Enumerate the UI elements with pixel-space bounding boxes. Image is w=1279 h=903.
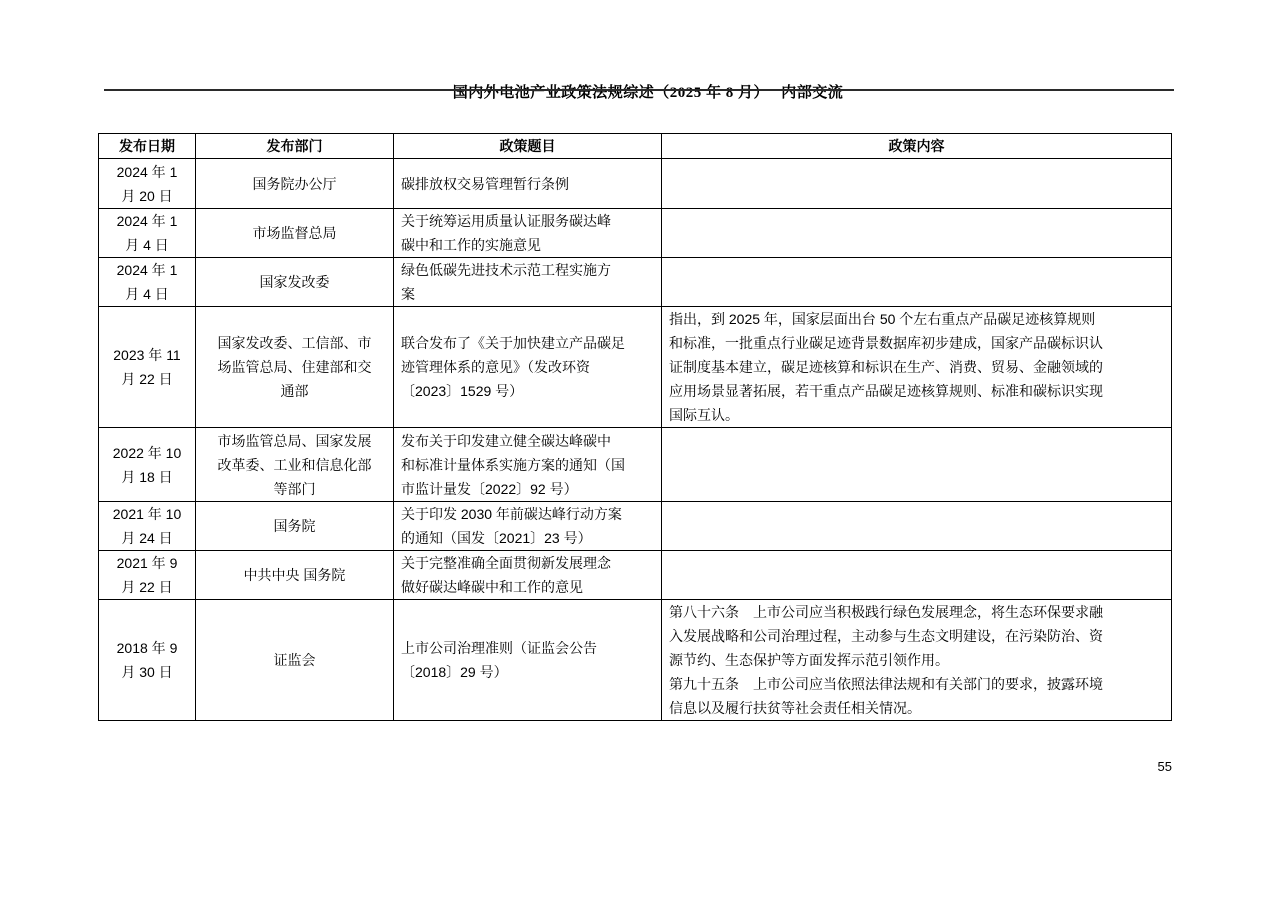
cell-policy-content — [662, 428, 1172, 502]
cell-publish-date: 2021 年 9 月 22 日 — [99, 551, 196, 600]
cell-policy-title: 关于统筹运用质量认证服务碳达峰 碳中和工作的实施意见 — [394, 209, 662, 258]
cell-policy-content — [662, 209, 1172, 258]
cell-policy-content — [662, 502, 1172, 551]
cell-policy-title: 上市公司治理准则（证监会公告 〔2018〕29 号） — [394, 600, 662, 721]
table-row: 2021 年 9 月 22 日 中共中央 国务院 关于完整准确全面贯彻新发展理念… — [99, 551, 1172, 600]
table-row: 2024 年 1 月 20 日 国务院办公厅 碳排放权交易管理暂行条例 — [99, 159, 1172, 209]
cell-publish-department: 中共中央 国务院 — [196, 551, 394, 600]
col-header-policy-content: 政策内容 — [662, 134, 1172, 159]
cell-publish-date: 2024 年 1 月 20 日 — [99, 159, 196, 209]
document-title: 国内外电池产业政策法规综述（2025 年 8 月） 内部交流 — [453, 85, 844, 101]
table-row: 2024 年 1 月 4 日 市场监督总局 关于统筹运用质量认证服务碳达峰 碳中… — [99, 209, 1172, 258]
cell-publish-department: 国家发改委、工信部、市 场监管总局、住建部和交 通部 — [196, 307, 394, 428]
cell-policy-content: 第八十六条 上市公司应当积极践行绿色发展理念，将生态环保要求融 入发展战略和公司… — [662, 600, 1172, 721]
cell-policy-content: 指出，到 2025 年，国家层面出台 50 个左右重点产品碳足迹核算规则 和标准… — [662, 307, 1172, 428]
table-row: 2023 年 11 月 22 日 国家发改委、工信部、市 场监管总局、住建部和交… — [99, 307, 1172, 428]
page-number: 55 — [1122, 759, 1172, 774]
cell-policy-title: 发布关于印发建立健全碳达峰碳中 和标准计量体系实施方案的通知（国 市监计量发〔2… — [394, 428, 662, 502]
cell-publish-date: 2021 年 10 月 24 日 — [99, 502, 196, 551]
cell-publish-date: 2024 年 1 月 4 日 — [99, 258, 196, 307]
table-row: 2018 年 9 月 30 日 证监会 上市公司治理准则（证监会公告 〔2018… — [99, 600, 1172, 721]
cell-publish-date: 2022 年 10 月 18 日 — [99, 428, 196, 502]
cell-publish-department: 市场监督总局 — [196, 209, 394, 258]
cell-policy-title: 关于印发 2030 年前碳达峰行动方案 的通知（国发〔2021〕23 号） — [394, 502, 662, 551]
cell-policy-content — [662, 551, 1172, 600]
cell-publish-department: 国务院办公厅 — [196, 159, 394, 209]
cell-publish-date: 2023 年 11 月 22 日 — [99, 307, 196, 428]
table-row: 2021 年 10 月 24 日 国务院 关于印发 2030 年前碳达峰行动方案… — [99, 502, 1172, 551]
col-header-policy-title: 政策题目 — [394, 134, 662, 159]
cell-policy-title: 联合发布了《关于加快建立产品碳足 迹管理体系的意见》（发改环资 〔2023〕15… — [394, 307, 662, 428]
header-divider — [104, 89, 1174, 91]
table-header-row: 发布日期 发布部门 政策题目 政策内容 — [99, 134, 1172, 159]
col-header-publish-date: 发布日期 — [99, 134, 196, 159]
document-header: 国内外电池产业政策法规综述（2025 年 8 月） 内部交流 — [0, 64, 1279, 119]
cell-publish-department: 国务院 — [196, 502, 394, 551]
cell-publish-department: 国家发改委 — [196, 258, 394, 307]
cell-policy-title: 关于完整准确全面贯彻新发展理念 做好碳达峰碳中和工作的意见 — [394, 551, 662, 600]
cell-policy-content — [662, 258, 1172, 307]
cell-policy-content — [662, 159, 1172, 209]
cell-publish-date: 2024 年 1 月 4 日 — [99, 209, 196, 258]
cell-publish-department: 市场监管总局、国家发展 改革委、工业和信息化部 等部门 — [196, 428, 394, 502]
table-row: 2022 年 10 月 18 日 市场监管总局、国家发展 改革委、工业和信息化部… — [99, 428, 1172, 502]
policy-table: 发布日期 发布部门 政策题目 政策内容 2024 年 1 月 20 日 国务院办… — [98, 133, 1172, 721]
cell-policy-title: 碳排放权交易管理暂行条例 — [394, 159, 662, 209]
document-page: 国内外电池产业政策法规综述（2025 年 8 月） 内部交流 发布日期 发布部门… — [0, 0, 1279, 903]
cell-publish-date: 2018 年 9 月 30 日 — [99, 600, 196, 721]
table-row: 2024 年 1 月 4 日 国家发改委 绿色低碳先进技术示范工程实施方 案 — [99, 258, 1172, 307]
cell-policy-title: 绿色低碳先进技术示范工程实施方 案 — [394, 258, 662, 307]
cell-publish-department: 证监会 — [196, 600, 394, 721]
col-header-publish-department: 发布部门 — [196, 134, 394, 159]
